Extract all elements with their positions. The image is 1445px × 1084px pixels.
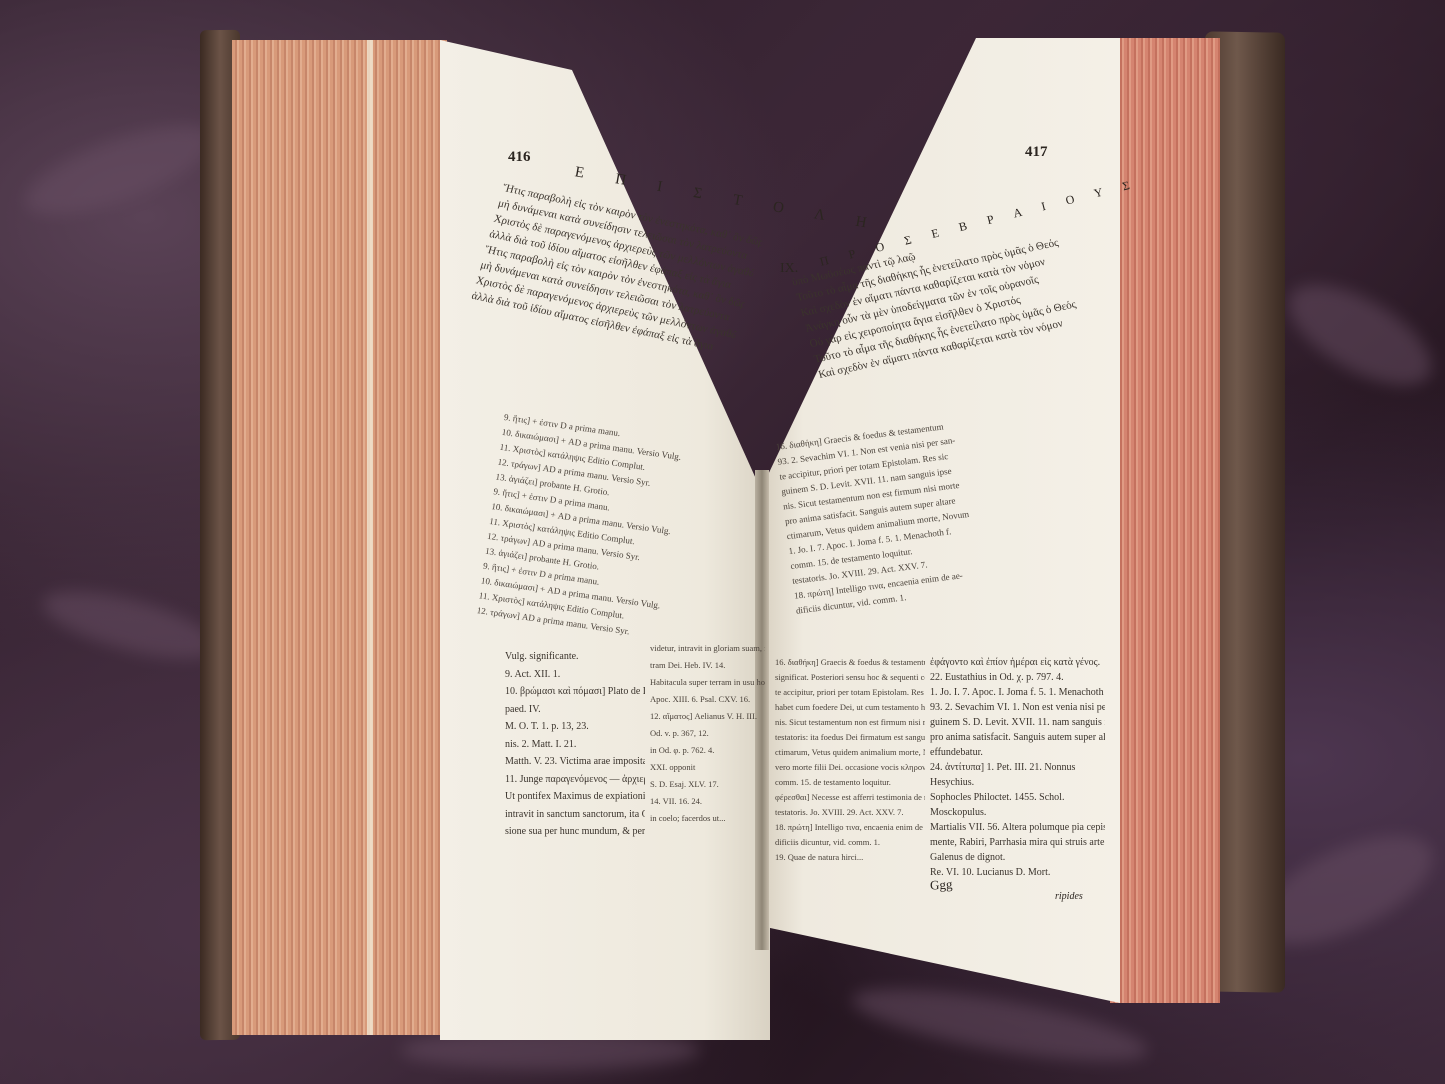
note-line: nis. 2. Matt. I. 21. [505,736,645,754]
left-notes-bottom-col2: videtur, intravit in gloriam suam, festi… [650,640,765,890]
signature-mark: Ggg [930,877,953,892]
note-line: 18. πρώτη] Intelligo τινα, encaenia enim… [775,820,925,835]
note-line: XXI. opponit [650,759,765,776]
note-line: dificiis dicuntur, vid. comm. 1. [775,835,925,850]
note-line: ctimarum, Vetus quidem animalium morte, … [775,745,925,760]
note-line: habet cum foedere Dei, ut cum testamento… [775,700,925,715]
left-notes-bottom-col1: Vulg. significante. 9. Act. XII. 1. 10. … [505,648,645,898]
note-line: nis. Sicut testamentum non est firmum ni… [775,715,925,730]
note-line: Habitacula super terram in usu hominum..… [650,674,765,691]
note-line: in coelo; facerdos ut... [650,810,765,827]
note-line: Od. v. p. 367, 12. [650,725,765,742]
note-line: vero morte filii Dei. occasione vocis κλ… [775,760,925,775]
note-line: S. D. Esaj. XLV. 17. [650,776,765,793]
note-line: tram Dei. Heb. IV. 14. [650,657,765,674]
note-line: 16. διαθήκη] Graecis & foedus & testamen… [775,655,925,670]
note-line: Re. VI. 10. Lucianus D. Mort. [930,865,1105,880]
note-line: testatoris. Jo. XVIII. 29. Act. XXV. 7. [775,805,925,820]
note-line: 14. VII. 16. 24. [650,793,765,810]
note-line: Hesychius. [930,775,1105,790]
note-line: 22. Eustathius in Od. χ. p. 797. 4. [930,670,1105,685]
note-line: Galenus de dignot. [930,850,1105,865]
note-line: 11. Junge παραγενόμενος — ἀρχιερεὺς ut A… [505,771,645,789]
note-line: videtur, intravit in gloriam suam, festi… [650,640,765,657]
velvet-fold [37,578,224,673]
note-line: effundebatur. [930,745,1105,760]
note-line: Ut pontifex Maximus de expiationis per s… [505,788,645,806]
left-page-number: 416 [508,150,531,164]
note-line: guinem S. D. Levit. XVII. 11. nam sangui… [930,715,1105,730]
right-page-number: 417 [1025,145,1048,159]
catchword: ripides [1055,890,1083,904]
note-line: mente, Rabiri, Parrhasia mira qui struis… [930,835,1105,850]
page-edges-left [232,40,447,1035]
page-edge-gap [367,40,373,1035]
note-line: 12. αἵματος] Aelianus V. H. III. [650,708,765,725]
note-line: sione sua per hunc mundum, & per coelum,… [505,823,645,841]
right-notes-bottom-col1: 16. διαθήκη] Graecis & foedus & testamen… [775,655,925,905]
note-line: 93. 2. Sevachim VI. 1. Non est venia nis… [930,700,1105,715]
note-line: M. O. T. 1. p. 13, 23. [505,718,645,736]
note-line: 1. Jo. I. 7. Apoc. I. Joma f. 5. 1. Mena… [930,685,1105,700]
note-line: ἐφάγοντο καὶ ἐπίον ἡμέραι εἰς κατὰ γένος… [930,655,1105,670]
note-line: Sophocles Philoctet. 1455. Schol. [930,790,1105,805]
note-line: paed. IV. [505,701,645,719]
note-line: 24. ἀντίτυπα] 1. Pet. III. 21. Nonnus [930,760,1105,775]
velvet-fold [16,108,224,233]
note-line: 19. Quae de natura hirci... [775,850,925,865]
right-notes-top: 16. διαθήκη] Graecis & foedus & testamen… [775,400,1127,639]
note-line: Mosckopulus. [930,805,1105,820]
note-line: testatoris: ita foedus Dei firmatum est … [775,730,925,745]
note-line: Martialis VII. 56. Altera polumque pia c… [930,820,1105,835]
note-line: in Od. φ. p. 762. 4. [650,742,765,759]
right-notes-bottom-col2: ἐφάγοντο καὶ ἐπίον ἡμέραι εἰς κατὰ γένος… [930,655,1105,890]
photo-scene: 416 Ε Π Ι Σ Τ Ο Λ Η Ἥτις παραβολὴ εἰς τὸ… [0,0,1445,1084]
note-line: 9. Act. XII. 1. [505,666,645,684]
note-line: pro anima satisfacit. Sanguis autem supe… [930,730,1105,745]
note-line: Matth. V. 23. Victima arae imposita. [505,753,645,771]
note-line: significat. Posteriori sensu hoc & seque… [775,670,925,685]
note-line: te accipitur, priori per totam Epistolam… [775,685,925,700]
note-line: Apoc. XIII. 6. Psal. CXV. 16. [650,691,765,708]
note-line: Vulg. significante. [505,648,645,666]
velvet-fold [1273,265,1445,406]
note-line: intravit in sanctum sanctorum, ita Chris… [505,806,645,824]
note-line: φέρεσθαι] Necesse est afferri testimonia… [775,790,925,805]
note-line: comm. 15. de testamento loquitur. [775,775,925,790]
left-notes-top: 9. ἥτις] + ἐστιν D a prima manu. 10. δικ… [473,410,762,674]
note-line: 10. βρώμασι καὶ πόμασι] Plato de Legg. X… [505,683,645,701]
